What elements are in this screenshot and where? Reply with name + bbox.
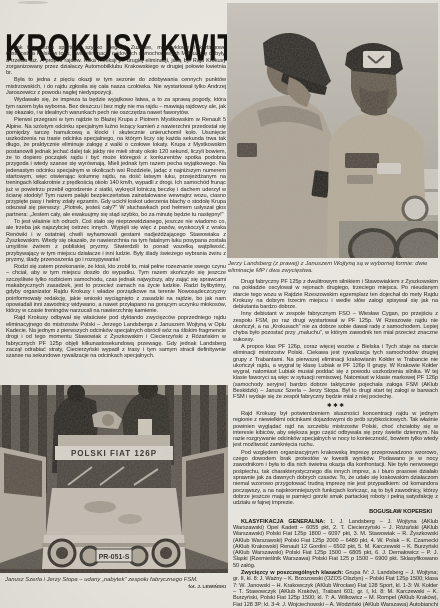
classification-winners-text: Grupa IV: J. Landsberg – J. Wojtyna; gr.… [233,570,438,608]
bottom-photo-caption: Janusz Szerla i Jerzy Stopa – udany „nab… [5,577,198,583]
bottom-photo-caption-block: Janusz Szerla i Jerzy Stopa – udany „nab… [5,577,226,591]
paragraph: Pierwsi przegrani w tym rajdzie to Błaże… [6,117,226,218]
paragraph: To jest właśnie ich odruch. Coś stało si… [6,219,226,263]
top-photo-caption: Jerzy Landsberg (z prawej) z Januszem Wo… [228,261,438,274]
paragraph: Drugi fabryczny PF 125p z dwulitrowym si… [233,279,438,310]
photo-credit: fot. J. LEWIŃSKI [5,585,226,592]
paragraph: Była to jedna z pięciu okazji w tym sezo… [6,77,226,96]
paragraph: Rodzi się zatem przekonanie, że ktoś, kt… [6,264,226,314]
drivers-photo-illustration [227,3,438,258]
photo-drivers-landsberg-wojtyna [227,3,438,258]
paragraph: Rajd Krokusy odbywał się właściwie pod d… [6,315,226,359]
photo-fiat-126p-crew: POLSKI FIAT 126P PR-051-S [0,385,228,573]
car-photo-illustration: POLSKI FIAT 126P PR-051-S [0,385,228,573]
section-separator-stars: ✱ ✱ ✱ [233,403,438,409]
classification-general-text: 1. J. Landsberg – J. Wojtyna (AKlub Wars… [233,519,438,569]
newspaper-article-page: KROKUSY KWITNĄ [0,0,440,608]
paragraph: Wydawało się, że impreza ta będzie wyjąt… [6,97,226,116]
author-signature: BOGUSŁAW KOPERSKI [233,509,432,515]
left-text-column: Jak ten sezon sportowy szybko biegnie! Ż… [6,45,226,379]
classification-general-label: KLASYFIKACJA GENERALNA: [241,519,325,525]
right-text-column: Drugi fabryczny PF 125p z dwulitrowym si… [233,279,438,608]
paragraph: A propos klas PF 126p, coraz więcej wozó… [233,344,438,401]
paragraph: Jak ten sezon sportowy szybko biegnie! Ż… [6,45,226,76]
classification-winners-label: Zwycięzcy w poszczególnych klasach: [241,570,343,576]
classification-general: KLASYFIKACJA GENERALNA: 1. J. Landsberg … [233,519,438,569]
paragraph: Pod względem organizacyjnym krakowską im… [233,450,438,507]
scan-smudge [18,1,48,4]
paragraph: Inny debiutant w zespole fabrycznym FSO … [233,311,438,342]
paragraph: Rajd Krokusy był potwierdzeniem słusznoś… [233,411,438,449]
classification-winners: Zwycięzcy w poszczególnych klasach: Grup… [233,570,438,608]
